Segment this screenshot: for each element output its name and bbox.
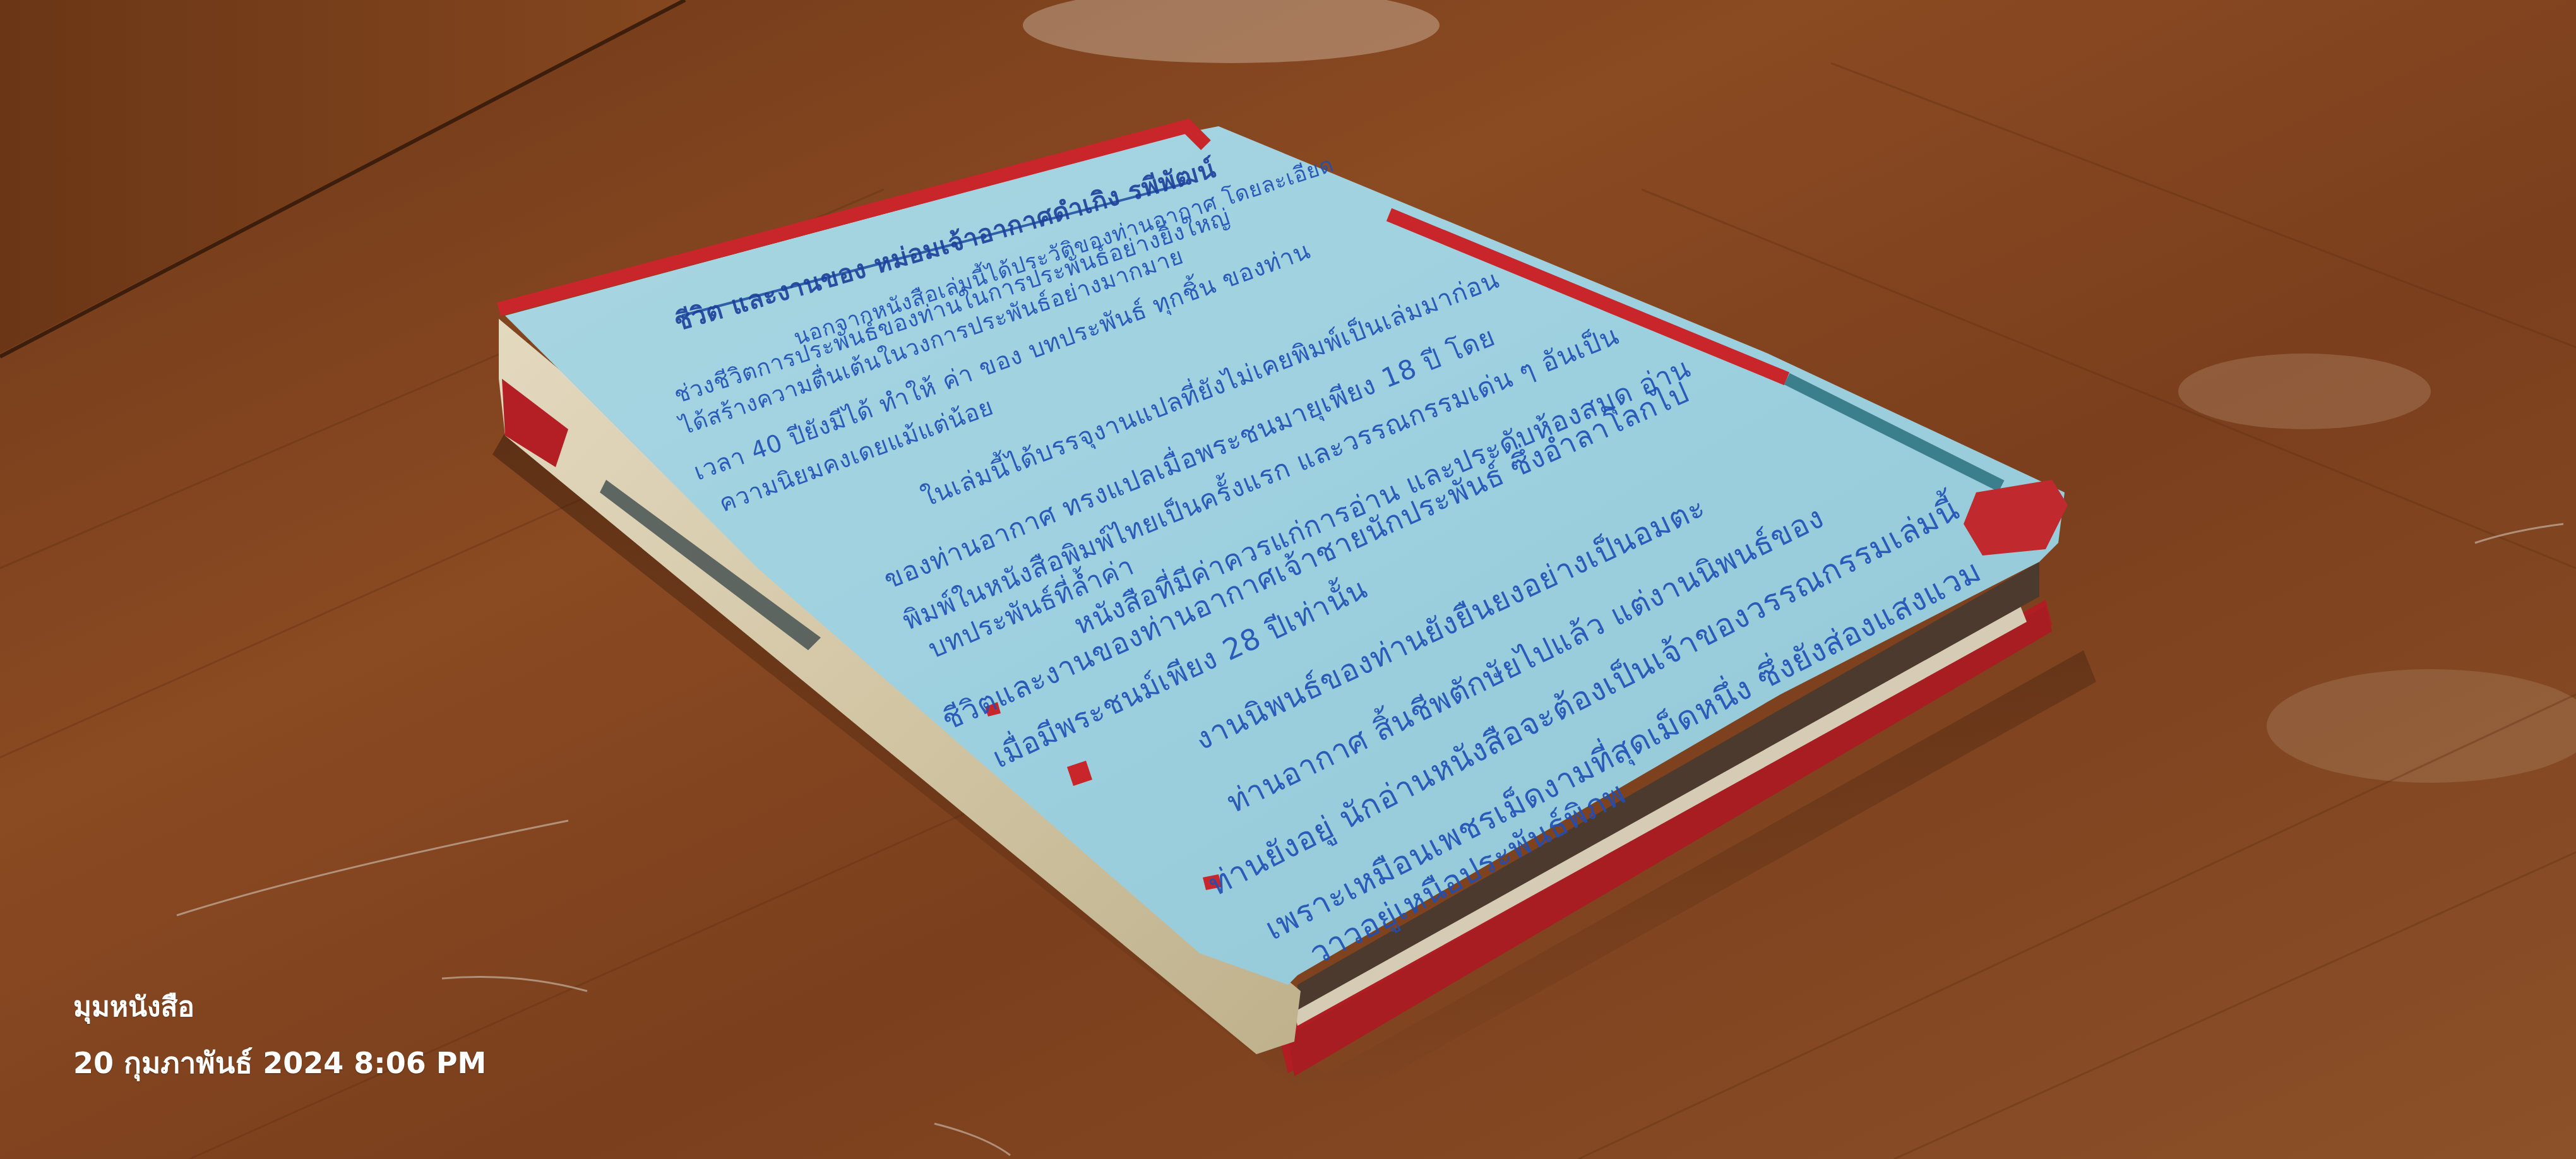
watermark-label: มุมหนังสือ [73,985,194,1029]
table-glare [2178,354,2431,429]
photo-scene [0,0,2576,1159]
watermark-datetime: 20 กุมภาพันธ์ 2024 8:06 PM [73,1040,486,1086]
